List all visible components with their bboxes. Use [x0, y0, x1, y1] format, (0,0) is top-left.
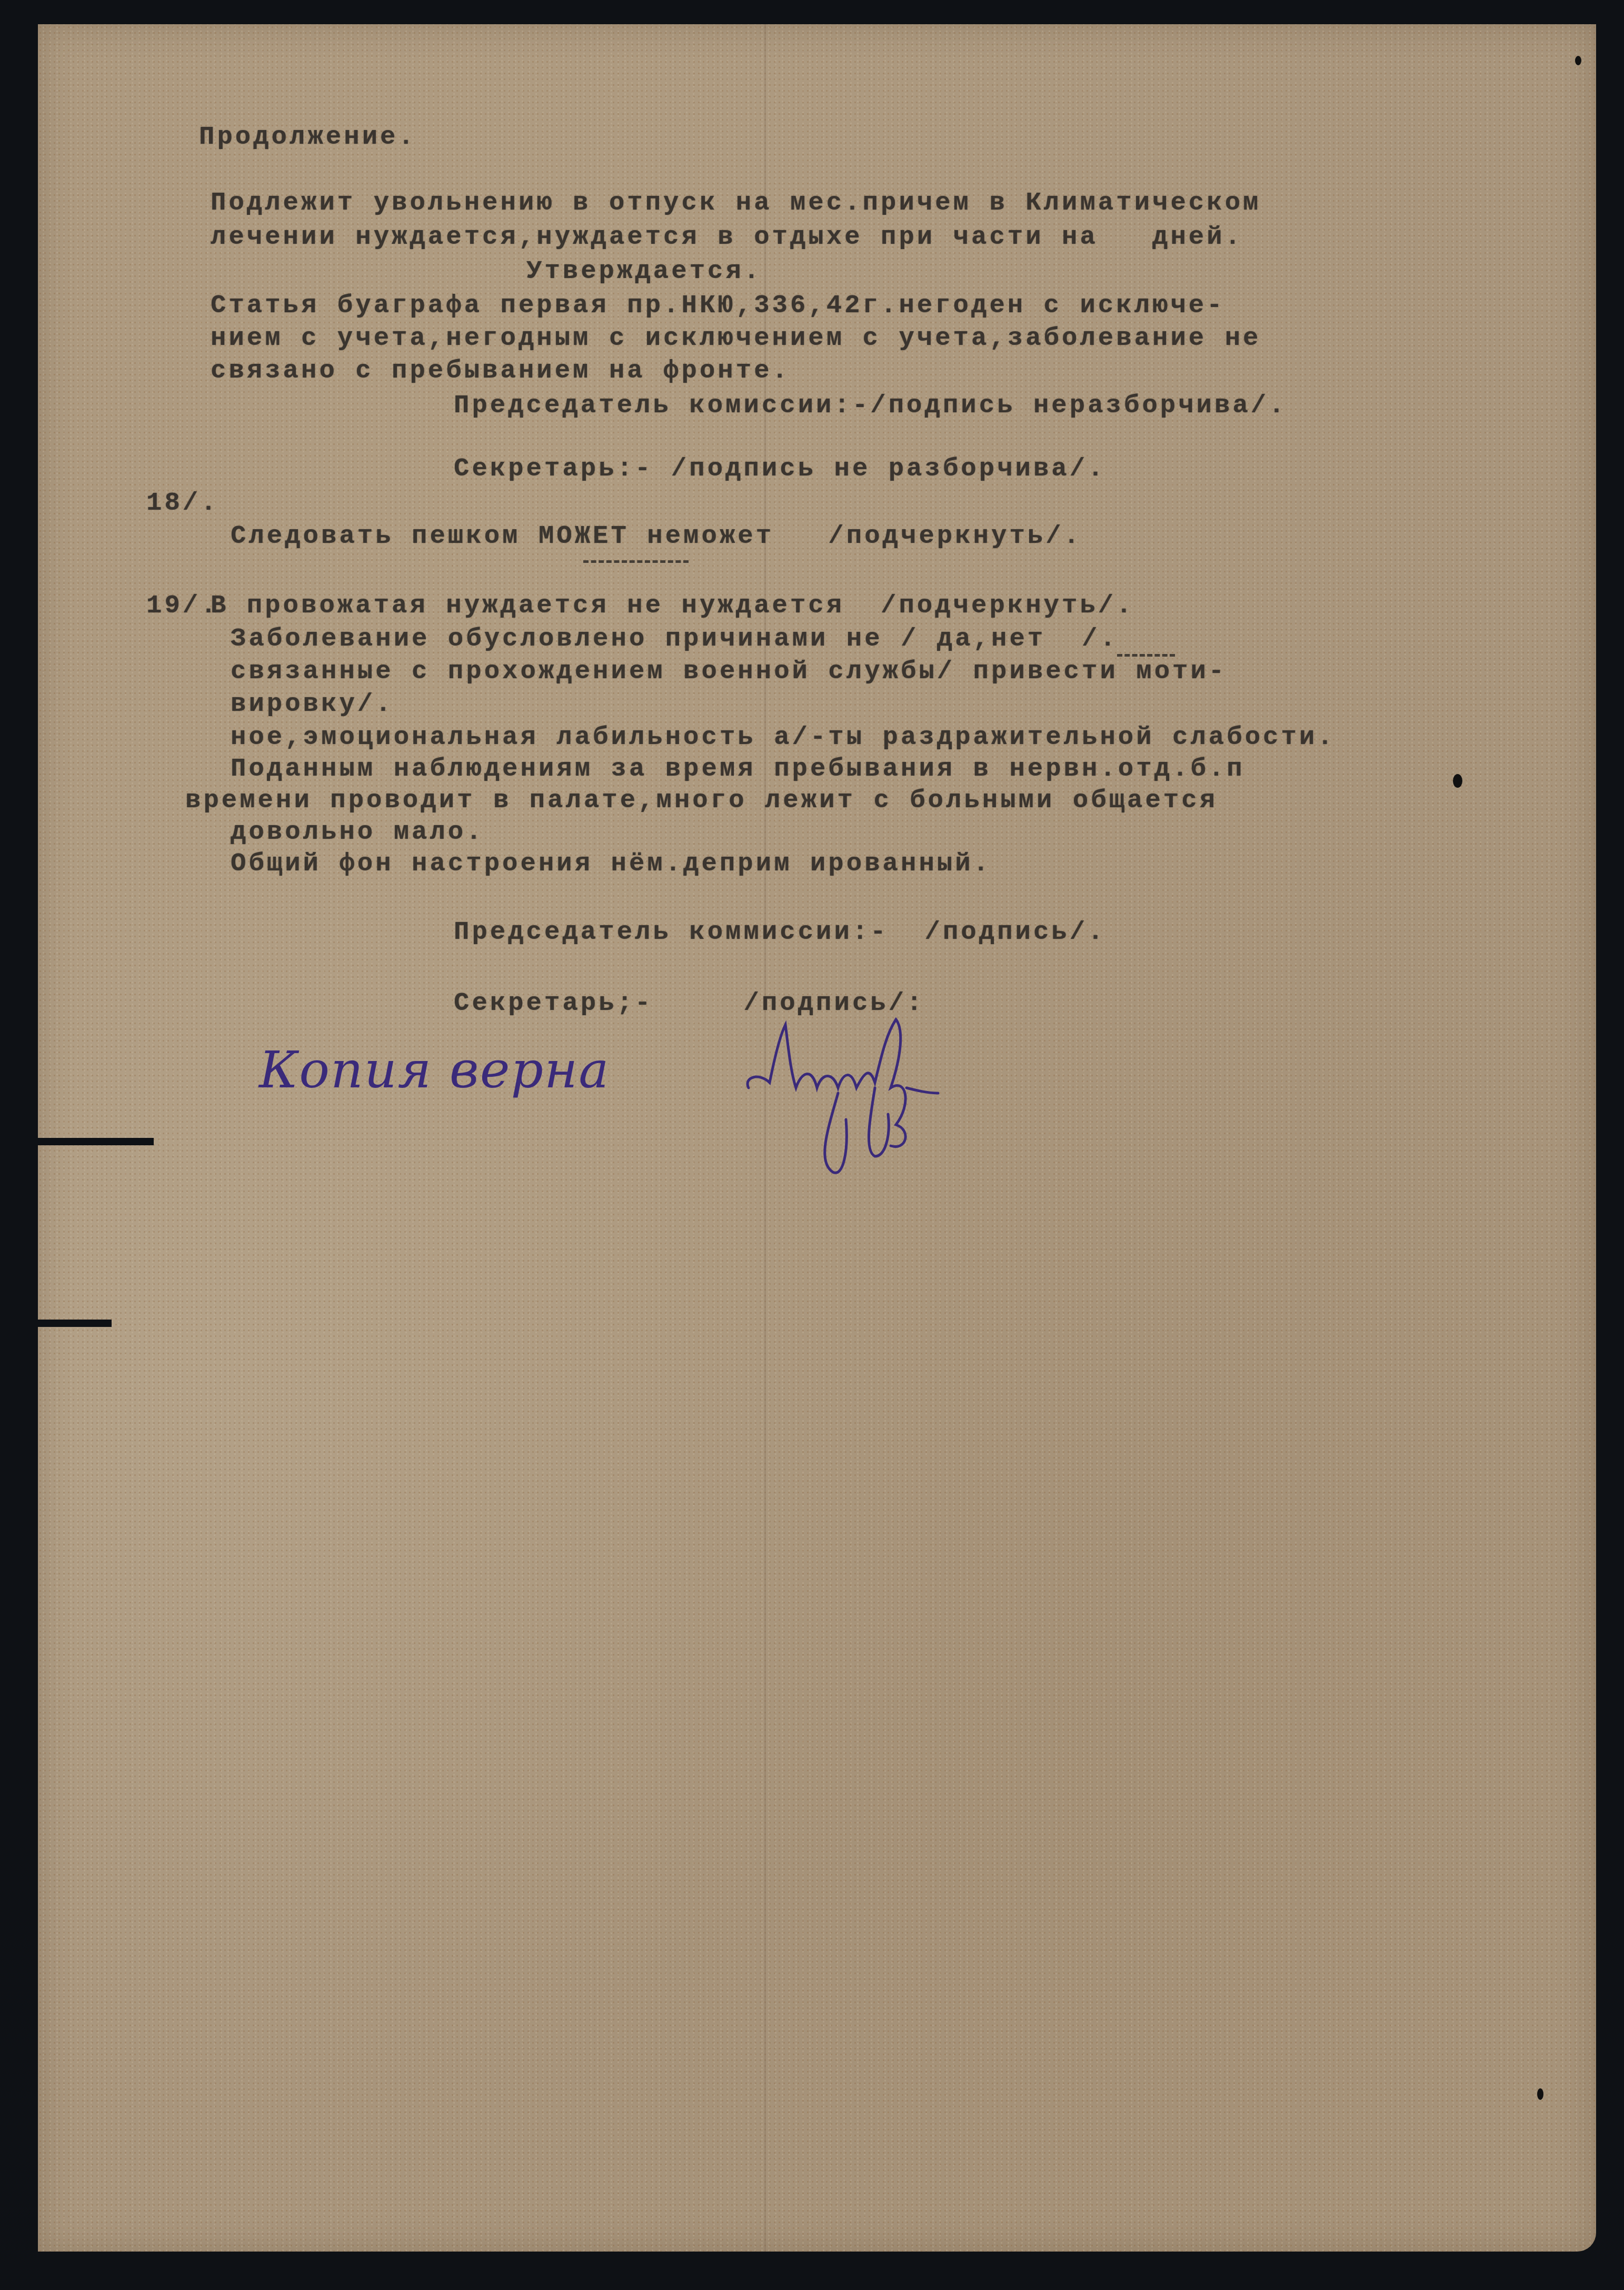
item-18-text: Следовать пешком МОЖЕТ неможет /подчеркн…: [231, 523, 1082, 549]
item-19-line: времени проводит в палате,много лежит с …: [185, 788, 1218, 814]
document-page: Продолжение. Подлежит увольнению в отпус…: [38, 24, 1596, 2252]
item-19-line: связанные с прохождением военной службы/…: [231, 659, 1227, 685]
handwritten-signature: [738, 1014, 1033, 1183]
intro-line: лечении нуждается,нуждается в отдыхе при…: [211, 224, 1243, 250]
item-19-line: ное,эмоциональная лабильность а/-ты разд…: [231, 725, 1336, 750]
underline-marker: [583, 560, 689, 566]
article-line: связано с пребыванием на фронте.: [211, 358, 790, 384]
item-19-line: Общий фон настроения нём.деприм ированны…: [231, 851, 991, 877]
secretary-signature-line: Секретарь;- /подпись/:: [454, 990, 925, 1016]
item-number: 18/.: [146, 490, 219, 516]
chairman-signature-line: Председатель коммиссии:- /подпись/.: [454, 919, 1106, 945]
item-number: 19/.: [146, 593, 219, 619]
secretary-signature-line: Секретарь:- /подпись не разборчива/.: [454, 456, 1106, 482]
item-19-line: В провожатая нуждается не нуждается /под…: [211, 593, 1134, 619]
article-line: нием с учета,негодным с исключением с уч…: [211, 325, 1261, 351]
item-19-line: вировку/.: [231, 691, 394, 717]
copy-certification: Копия верна: [259, 1040, 610, 1099]
chairman-signature-line: Председатель комиссии:-/подпись неразбор…: [454, 393, 1287, 419]
item-19-line: довольно мало.: [231, 819, 484, 845]
article-line: Статья буаграфа первая пр.НКЮ,336,42г.не…: [211, 293, 1225, 319]
heading: Продолжение.: [199, 124, 416, 150]
intro-approved: Утверждается.: [526, 259, 762, 284]
item-19-line: Заболевание обусловлено причинами не / д…: [231, 626, 1118, 652]
intro-line: Подлежит увольнению в отпуск на мес.прич…: [211, 190, 1261, 216]
item-19-line: Поданным наблюдениям за время пребывания…: [231, 756, 1245, 782]
